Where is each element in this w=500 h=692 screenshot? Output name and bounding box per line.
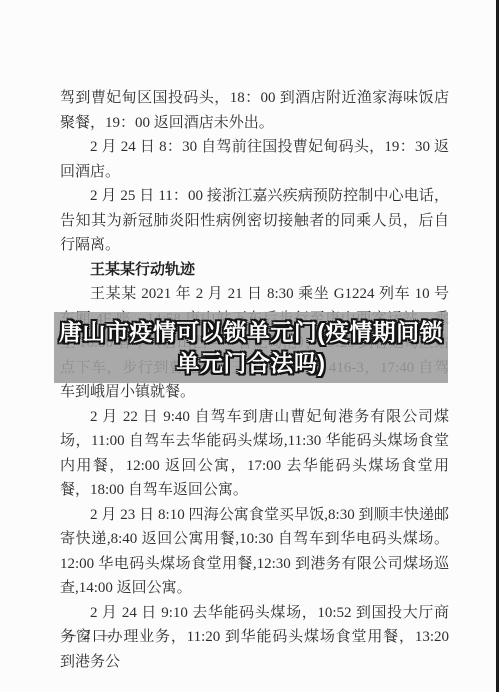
title-overlay: 唐山市疫情可以锁单元门(疫情期间锁单元门合法吗) <box>54 312 448 383</box>
paragraph: 2 月 24 日 8：30 自驾前往国投曹妃甸码头，19：30 返回酒店。 <box>60 135 449 184</box>
paragraph: 2 月 25 日 11：00 接浙江嘉兴疾病预防控制中心电话，告知其为新冠肺炎阳… <box>60 184 449 258</box>
page-number: — 2 — <box>62 628 114 644</box>
page-right-border <box>496 0 499 692</box>
paragraph: 驾到曹妃甸区国投码头，18：00 到酒店附近渔家海味饭店聚餐，19：00 返回酒… <box>60 86 449 135</box>
article-title: 唐山市疫情可以锁单元门(疫情期间锁单元门合法吗) <box>54 317 448 379</box>
document-page: 驾到曹妃甸区国投码头，18：00 到酒店附近渔家海味饭店聚餐，19：00 返回酒… <box>0 0 500 692</box>
paragraph: 2 月 22 日 9:40 自驾车到唐山曹妃甸港务有限公司煤场，11:00 自驾… <box>60 405 449 503</box>
paragraph: 2 月 24 日 9:10 去华能码头煤场，10:52 到国投大厅商务窗口办理业… <box>60 601 449 675</box>
paragraph: 2 月 23 日 8:10 四海公寓食堂买早饭,8:30 到顺丰快递邮寄快递,8… <box>60 503 449 601</box>
section-heading: 王某某行动轨迹 <box>60 258 449 283</box>
